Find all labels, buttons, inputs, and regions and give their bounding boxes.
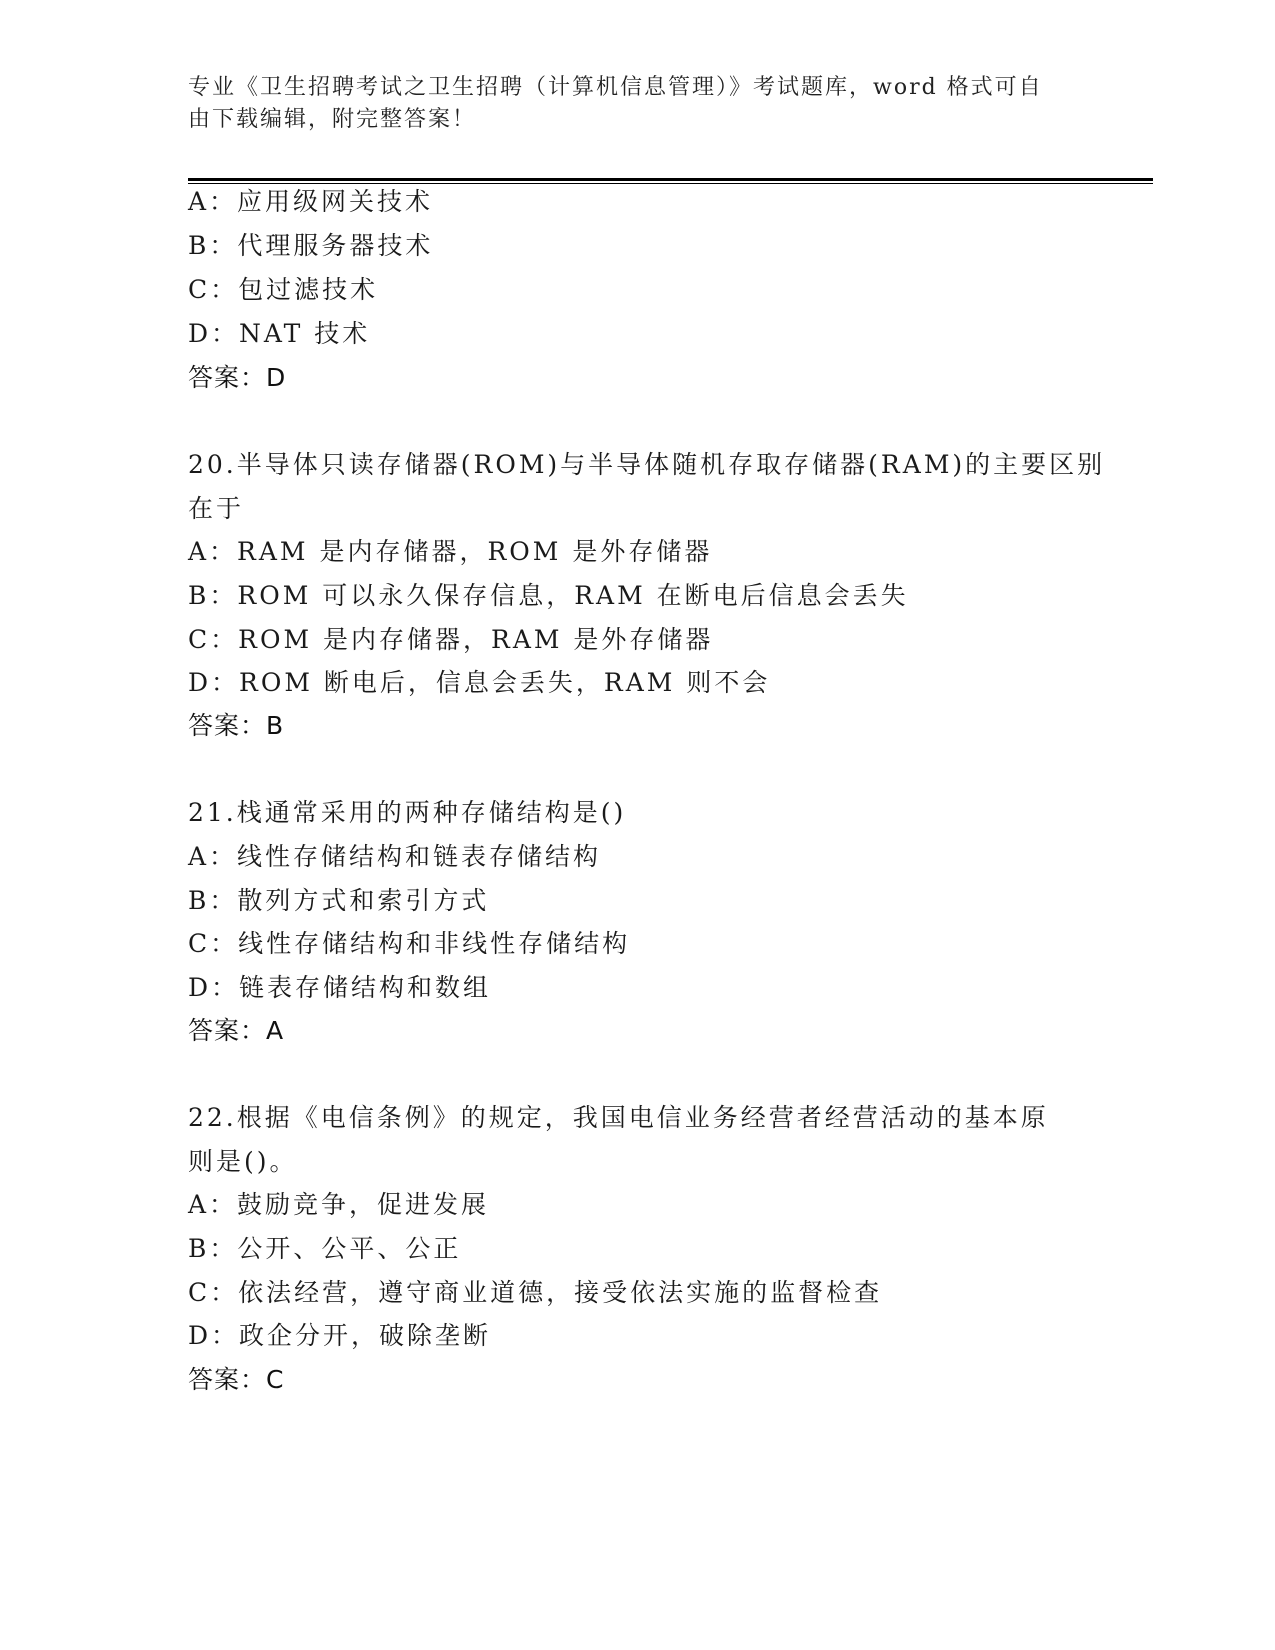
header-divider-thin (188, 183, 1153, 184)
q20-option-b: B：ROM 可以永久保存信息，RAM 在断电后信息会丢失 (188, 581, 909, 611)
q20-stem-line-2: 在于 (188, 494, 244, 524)
q22-answer: 答案：C (188, 1365, 284, 1395)
q20-option-d: D：ROM 断电后，信息会丢失，RAM 则不会 (188, 668, 770, 698)
q21-option-c: C：线性存储结构和非线性存储结构 (188, 929, 630, 959)
document-page: 专业《卫生招聘考试之卫生招聘（计算机信息管理）》考试题库，word 格式可自 由… (0, 0, 1275, 1650)
q21-option-a: A：线性存储结构和链表存储结构 (188, 842, 601, 872)
document-header: 专业《卫生招聘考试之卫生招聘（计算机信息管理）》考试题库，word 格式可自 由… (188, 72, 1088, 136)
q22-option-c: C：依法经营，遵守商业道德，接受依法实施的监督检查 (188, 1278, 882, 1308)
q19-option-a: A：应用级网关技术 (188, 187, 433, 217)
q19-answer: 答案：D (188, 363, 286, 393)
header-line-2: 由下载编辑，附完整答案！ (188, 104, 1088, 136)
q19-option-d: D：NAT 技术 (188, 319, 370, 349)
q20-answer: 答案：B (188, 711, 284, 741)
header-line-1: 专业《卫生招聘考试之卫生招聘（计算机信息管理）》考试题库，word 格式可自 (188, 72, 1088, 104)
q22-option-b: B：公开、公平、公正 (188, 1234, 461, 1264)
q21-option-b: B：散列方式和索引方式 (188, 886, 489, 916)
q21-answer: 答案：A (188, 1016, 284, 1046)
header-divider-thick (188, 178, 1153, 181)
q19-option-c: C：包过滤技术 (188, 275, 378, 305)
q22-option-d: D：政企分开，破除垄断 (188, 1321, 491, 1351)
q20-stem-line-1: 20.半导体只读存储器(ROM)与半导体随机存取存储器(RAM)的主要区别 (188, 450, 1105, 480)
q19-option-b: B：代理服务器技术 (188, 231, 433, 261)
q22-stem-line-1: 22.根据《电信条例》的规定，我国电信业务经营者经营活动的基本原 (188, 1103, 1049, 1133)
q22-stem-line-2: 则是()。 (188, 1147, 298, 1177)
q20-option-a: A：RAM 是内存储器，ROM 是外存储器 (188, 537, 712, 567)
q21-stem: 21.栈通常采用的两种存储结构是() (188, 798, 626, 828)
q21-option-d: D：链表存储结构和数组 (188, 973, 491, 1003)
q20-option-c: C：ROM 是内存储器，RAM 是外存储器 (188, 625, 713, 655)
q22-option-a: A：鼓励竞争，促进发展 (188, 1190, 489, 1220)
